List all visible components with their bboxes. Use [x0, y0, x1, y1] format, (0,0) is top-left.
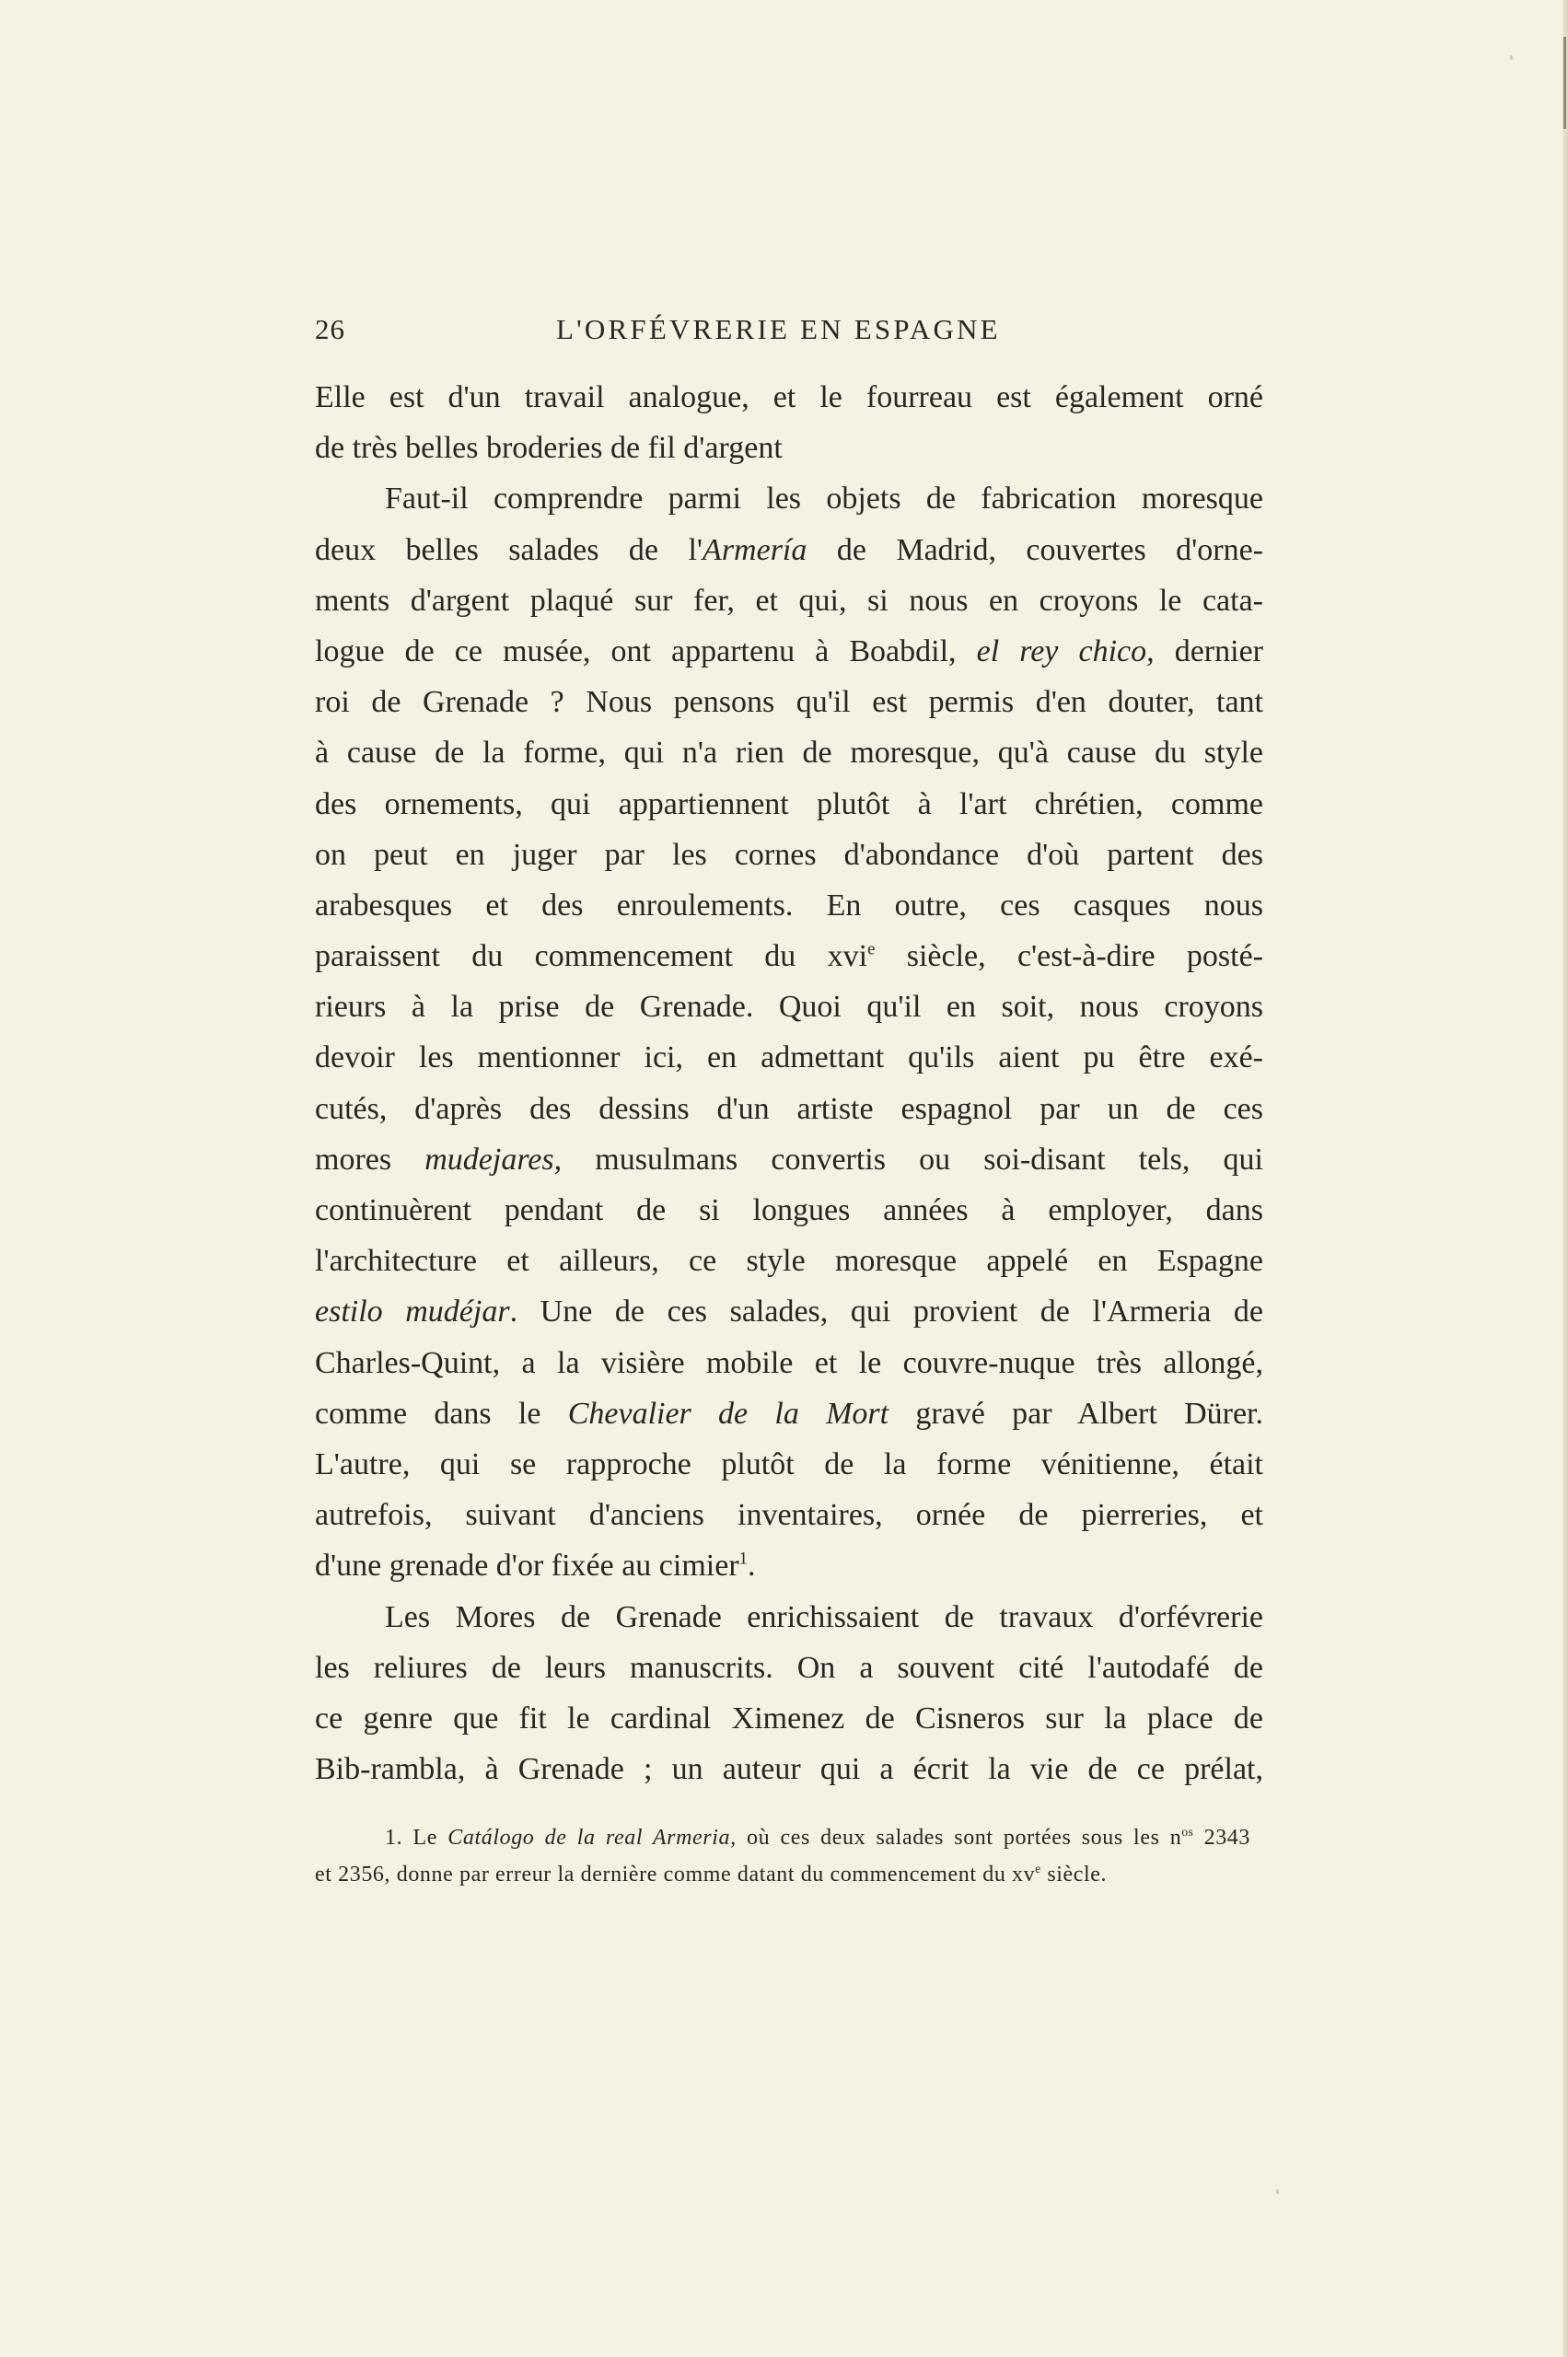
- paragraph-start-line: Les Mores de Grenade enrichissaient de t…: [315, 1592, 1263, 1643]
- text-line: d'une grenade d'or fixée au cimier1.: [315, 1540, 1263, 1591]
- italic-term: Chevalier de la Mort: [568, 1397, 889, 1431]
- running-head: 26 L'ORFÉVRERIE EN ESPAGNE: [315, 309, 1263, 355]
- paper-speck: [1276, 2189, 1279, 2194]
- text-line: cutés, d'après des dessins d'un artiste …: [315, 1084, 1263, 1134]
- text-line: des ornements, qui appartiennent plutôt …: [315, 779, 1263, 830]
- text-line: ments d'argent plaqué sur fer, et qui, s…: [315, 575, 1263, 626]
- text-line: Charles-Quint, a la visière mobile et le…: [315, 1338, 1263, 1388]
- paper-speck: [1510, 55, 1513, 60]
- text-line: ce genre que fit le cardinal Ximenez de …: [315, 1693, 1263, 1744]
- superscript: os: [1181, 1825, 1193, 1839]
- italic-term: Armería: [703, 533, 807, 567]
- text-line: l'architecture et ailleurs, ce style mor…: [315, 1236, 1263, 1286]
- text-line: les reliures de leurs manuscrits. On a s…: [315, 1643, 1263, 1693]
- text-line: paraissent du commencement du xvie siècl…: [315, 931, 1263, 981]
- footnotes: 1. Le Catálogo de la real Armeria, où ce…: [315, 1819, 1250, 1893]
- text-line: roi de Grenade ? Nous pensons qu'il est …: [315, 677, 1263, 727]
- footnote-ref[interactable]: 1: [739, 1550, 748, 1569]
- text-line: comme dans le Chevalier de la Mort gravé…: [315, 1388, 1263, 1439]
- italic-term: estilo mudéjar: [315, 1295, 510, 1329]
- italic-term: el rey chico,: [977, 634, 1155, 668]
- italic-term: mudejares,: [424, 1143, 562, 1177]
- footnote-italic-title: Catálogo de la real Armeria,: [447, 1826, 736, 1850]
- paragraph-start-line: Faut-il comprendre parmi les objets de f…: [315, 473, 1263, 524]
- page-number: 26: [315, 313, 345, 346]
- text-line: Bib-rambla, à Grenade ; un auteur qui a …: [315, 1744, 1263, 1794]
- text-line: estilo mudéjar. Une de ces salades, qui …: [315, 1286, 1263, 1337]
- text-line: arabesques et des enroulements. En outre…: [315, 880, 1263, 931]
- text-line: L'autre, qui se rapproche plutôt de la f…: [315, 1439, 1263, 1490]
- running-title: L'ORFÉVRERIE EN ESPAGNE: [556, 313, 1001, 346]
- footnote-line: 1. Le Catálogo de la real Armeria, où ce…: [315, 1819, 1250, 1856]
- text-line: continuèrent pendant de si longues année…: [315, 1185, 1263, 1236]
- text-line: logue de ce musée, ont appartenu à Boabd…: [315, 626, 1263, 677]
- text-line: Elle est d'un travail analogue, et le fo…: [315, 372, 1263, 423]
- text-line: de très belles broderies de fil d'argent: [315, 423, 1263, 473]
- footnote-line: et 2356, donne par erreur la dernière co…: [315, 1856, 1250, 1893]
- text-line: mores mudejares, musulmans convertis ou …: [315, 1134, 1263, 1185]
- page-edge: [1562, 0, 1568, 2357]
- text-line: deux belles salades de l'Armería de Madr…: [315, 525, 1263, 575]
- text-line: on peut en juger par les cornes d'abonda…: [315, 830, 1263, 880]
- text-line: à cause de la forme, qui n'a rien de mor…: [315, 727, 1263, 778]
- text-line: rieurs à la prise de Grenade. Quoi qu'il…: [315, 981, 1263, 1032]
- body-text: Elle est d'un travail analogue, et le fo…: [315, 372, 1263, 1794]
- text-line: devoir les mentionner ici, en admettant …: [315, 1032, 1263, 1083]
- page-edge-mark: [1563, 37, 1566, 129]
- text-line: autrefois, suivant d'anciens inventaires…: [315, 1490, 1263, 1540]
